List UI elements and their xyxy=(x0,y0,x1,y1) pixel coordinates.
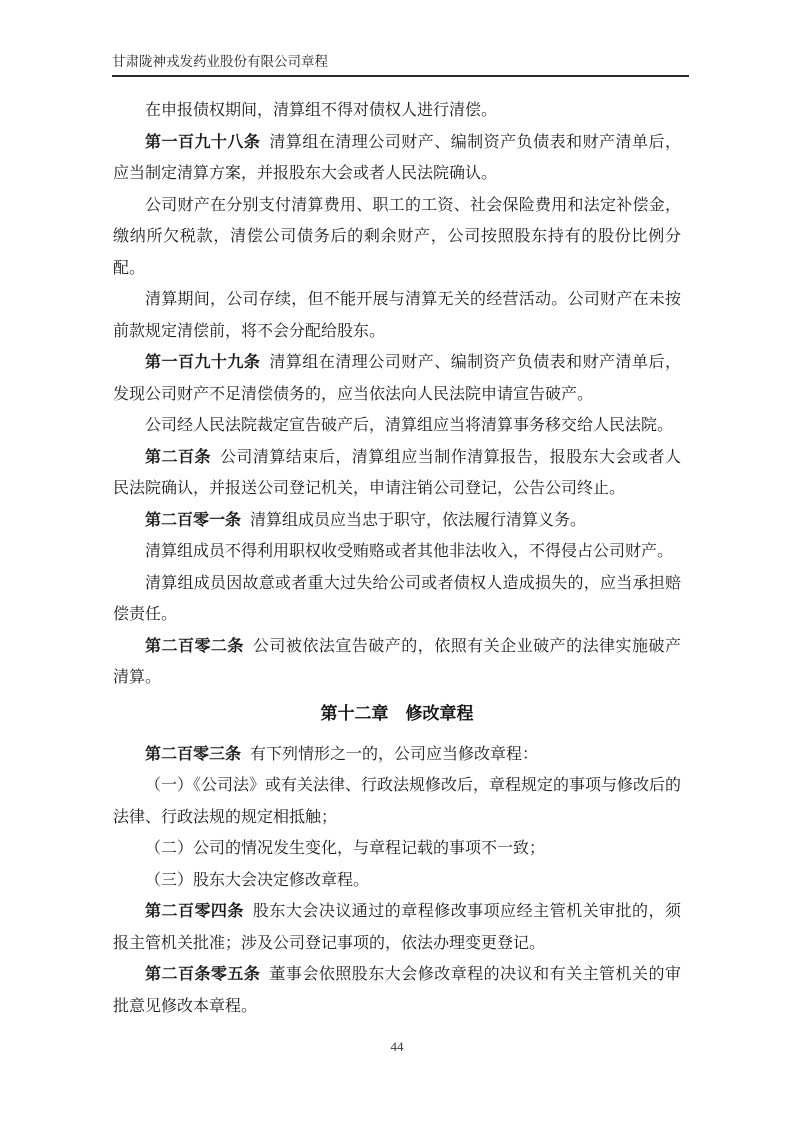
paragraph-text: 有下列情形之一的，公司应当修改章程： xyxy=(250,746,538,763)
body-paragraph: 第二百零四条股东大会决议通过的章程修改事项应经主管机关审批的，须报主管机关批准；… xyxy=(113,896,681,959)
article-number-label: 第一百九十八条 xyxy=(145,134,260,151)
body-paragraph: 清算组成员因故意或者重大过失给公司或者债权人造成损失的，应当承担赔偿责任。 xyxy=(113,568,681,631)
body-paragraph: 在申报债权期间，清算组不得对债权人进行清偿。 xyxy=(113,95,681,127)
paragraph-text: （二）公司的情况发生变化，与章程记载的事项不一致； xyxy=(145,840,545,857)
paragraph-text: 在申报债权期间，清算组不得对债权人进行清偿。 xyxy=(145,102,497,119)
body-paragraph: 第二百条公司清算结束后，清算组应当制作清算报告，报股东大会或者人民法院确认，并报… xyxy=(113,442,681,505)
body-paragraph: 公司经人民法院裁定宣告破产后，清算组应当将清算事务移交给人民法院。 xyxy=(113,410,681,442)
paragraph-text: 公司财产在分别支付清算费用、职工的工资、社会保险费用和法定补偿金，缴纳所欠税款，… xyxy=(113,197,681,277)
page-number: 44 xyxy=(391,1039,404,1054)
body-paragraph: 清算组成员不得利用职权收受贿赂或者其他非法收入，不得侵占公司财产。 xyxy=(113,536,681,568)
body-paragraph: 公司财产在分别支付清算费用、职工的工资、社会保险费用和法定补偿金，缴纳所欠税款，… xyxy=(113,190,681,285)
body-paragraph: 清算期间，公司存续，但不能开展与清算无关的经营活动。公司财产在未按前款规定清偿前… xyxy=(113,284,681,347)
paragraph-text: 清算期间，公司存续，但不能开展与清算无关的经营活动。公司财产在未按前款规定清偿前… xyxy=(113,291,681,340)
article-number-label: 第二百零一条 xyxy=(145,512,241,529)
paragraph-text: 清算组成员应当忠于职守，依法履行清算义务。 xyxy=(250,512,586,529)
body-paragraph: 第二百零二条公司被依法宣告破产的，依照有关企业破产的法律实施破产清算。 xyxy=(113,631,681,694)
article-number-label: 第一百九十九条 xyxy=(145,354,260,371)
article-number-label: 第二百条 xyxy=(145,449,211,466)
body-paragraph: 第一百九十九条清算组在清理公司财产、编制资产负债表和财产清单后，发现公司财产不足… xyxy=(113,347,681,410)
section-amend-articles: 第十二章 修改章程 第二百零三条有下列情形之一的，公司应当修改章程： （一）《公… xyxy=(113,694,681,1023)
body-paragraph: （三）股东大会决定修改章程。 xyxy=(113,865,681,897)
body-paragraph: 第二百零一条清算组成员应当忠于职守，依法履行清算义务。 xyxy=(113,505,681,537)
document-body: 在申报债权期间，清算组不得对债权人进行清偿。 第一百九十八条清算组在清理公司财产… xyxy=(113,95,681,1022)
article-number-label: 第二百零二条 xyxy=(145,638,244,655)
body-paragraph: （二）公司的情况发生变化，与章程记载的事项不一致； xyxy=(113,833,681,865)
paragraph-text: 清算组成员不得利用职权收受贿赂或者其他非法收入，不得侵占公司财产。 xyxy=(145,543,673,560)
paragraph-text: （一）《公司法》或有关法律、行政法规修改后，章程规定的事项与修改后的法律、行政法… xyxy=(113,777,681,826)
article-number-label: 第二百零三条 xyxy=(145,746,241,763)
page-header: 甘肃陇神戎发药业股份有限公司章程 xyxy=(112,54,689,77)
document-header-title: 甘肃陇神戎发药业股份有限公司章程 xyxy=(112,54,328,69)
article-number-label: 第二百零四条 xyxy=(145,903,244,920)
body-paragraph: 第二百条零五条董事会依照股东大会修改章程的决议和有关主管机关的审批意见修改本章程… xyxy=(113,959,681,1022)
page-footer: 44 xyxy=(0,1039,794,1055)
paragraph-text: （三）股东大会决定修改章程。 xyxy=(145,872,369,889)
body-paragraph: 第二百零三条有下列情形之一的，公司应当修改章程： xyxy=(113,739,681,771)
chapter-heading: 第十二章 修改章程 xyxy=(113,694,681,734)
body-paragraph: （一）《公司法》或有关法律、行政法规修改后，章程规定的事项与修改后的法律、行政法… xyxy=(113,770,681,833)
article-number-label: 第二百条零五条 xyxy=(145,966,260,983)
section-liquidation: 在申报债权期间，清算组不得对债权人进行清偿。 第一百九十八条清算组在清理公司财产… xyxy=(113,95,681,694)
paragraph-text: 公司经人民法院裁定宣告破产后，清算组应当将清算事务移交给人民法院。 xyxy=(145,417,673,434)
paragraph-text: 清算组成员因故意或者重大过失给公司或者债权人造成损失的，应当承担赔偿责任。 xyxy=(113,575,681,624)
body-paragraph: 第一百九十八条清算组在清理公司财产、编制资产负债表和财产清单后，应当制定清算方案… xyxy=(113,127,681,190)
